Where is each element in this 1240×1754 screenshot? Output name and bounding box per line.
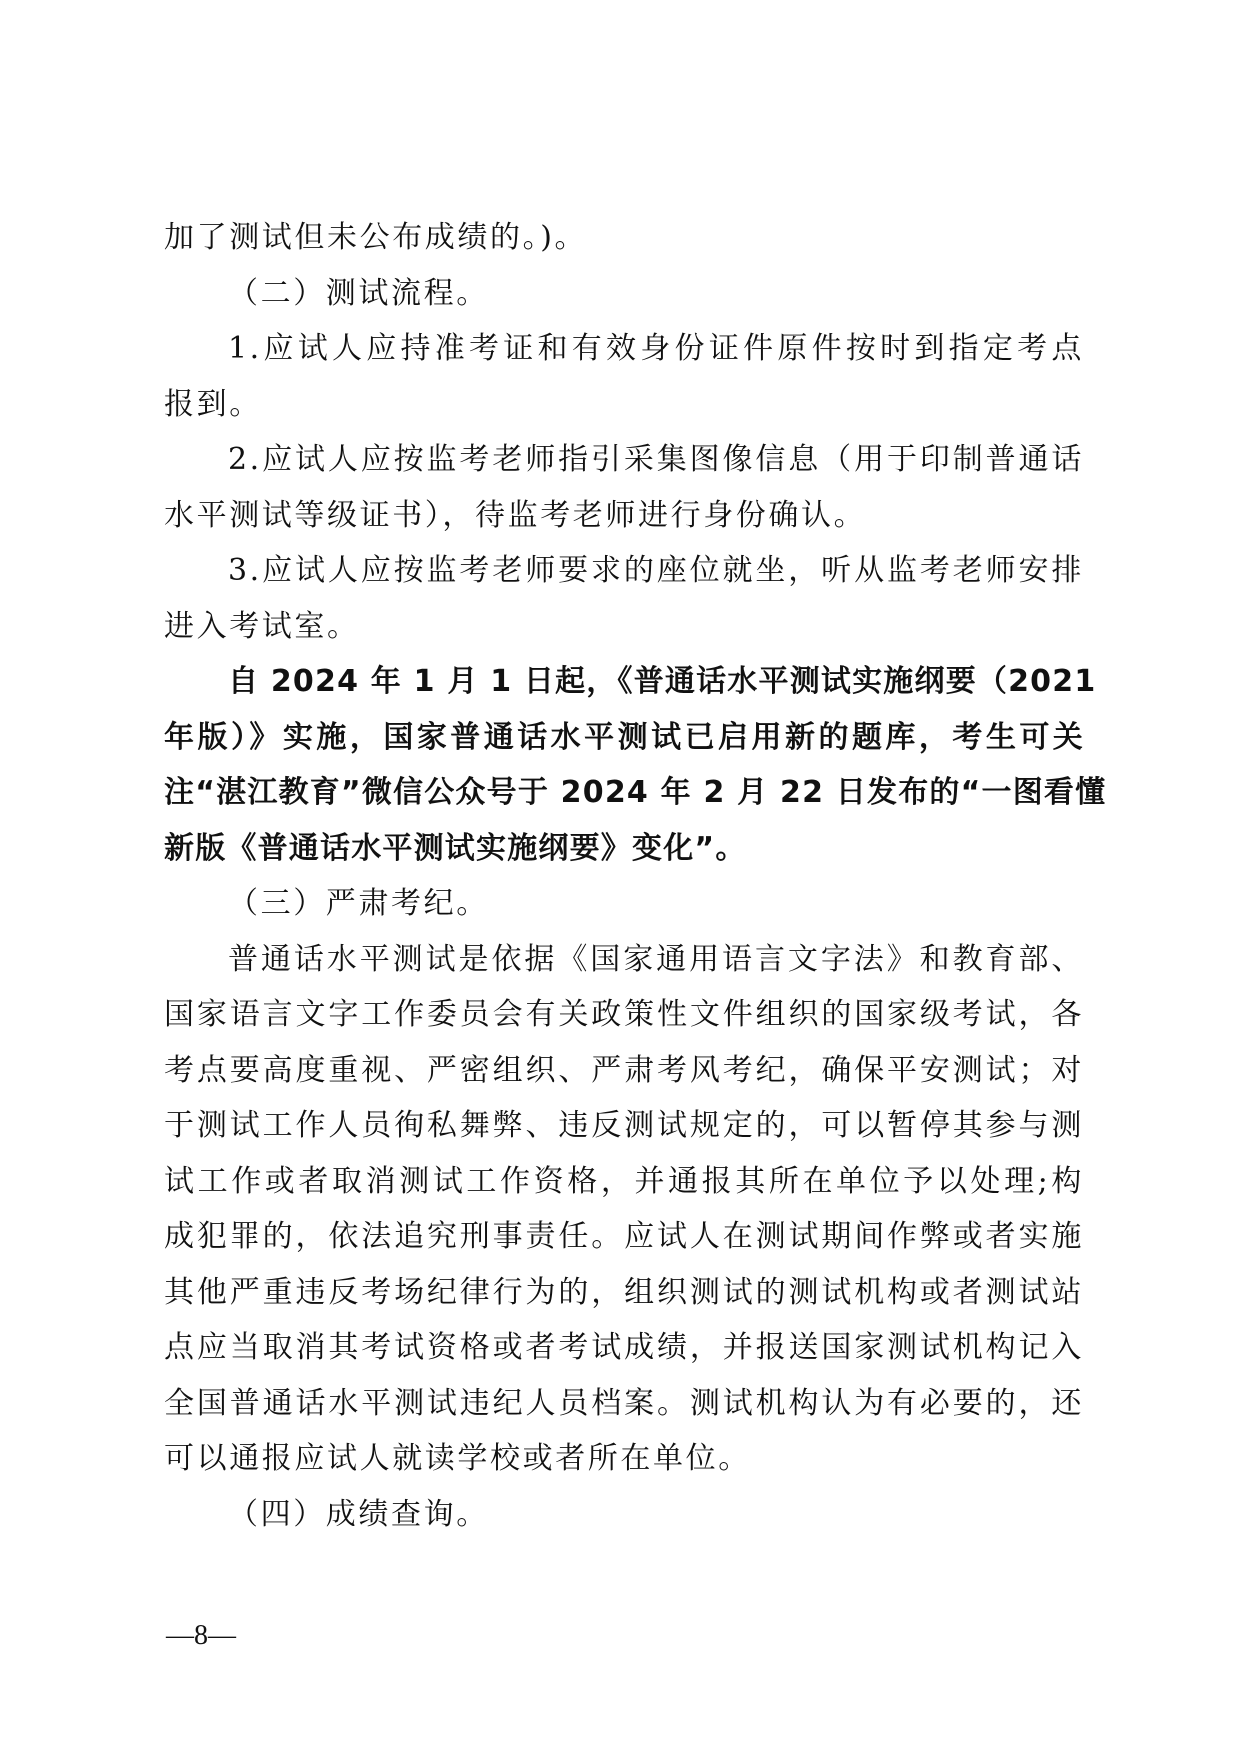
- notice-line: 新版《普通话水平测试实施纲要》变化”。: [164, 829, 1084, 869]
- body-line: 3.应试人应按监考老师要求的座位就坐，听从监考老师安排: [228, 551, 1084, 591]
- page-number: —8—: [166, 1618, 236, 1654]
- body-line: 成犯罪的，依法追究刑事责任。应试人在测试期间作弊或者实施: [164, 1217, 1084, 1257]
- body-line: 点应当取消其考试资格或者考试成绩，并报送国家测试机构记入: [164, 1328, 1084, 1368]
- body-line: 于测试工作人员徇私舞弊、违反测试规定的，可以暂停其参与测: [164, 1106, 1084, 1146]
- body-line: 国家语言文字工作委员会有关政策性文件组织的国家级考试，各: [164, 995, 1084, 1035]
- body-line: 试工作或者取消测试工作资格，并通报其所在单位予以处理;构: [164, 1162, 1084, 1202]
- body-line: 报到。: [164, 385, 1084, 425]
- section-heading-discipline: （三）严肃考纪。: [228, 884, 1084, 924]
- body-line: 全国普通话水平测试违纪人员档案。测试机构认为有必要的，还: [164, 1384, 1084, 1424]
- body-line: 2.应试人应按监考老师指引采集图像信息（用于印制普通话: [228, 440, 1084, 480]
- notice-line: 注“湛江教育”微信公众号于 2024 年 2 月 22 日发布的“一图看懂: [164, 773, 1084, 813]
- body-line: 普通话水平测试是依据《国家通用语言文字法》和教育部、: [228, 940, 1084, 980]
- notice-line: 自 2024 年 1 月 1 日起，《普通话水平测试实施纲要（2021: [228, 662, 1084, 702]
- notice-line: 年版）》实施，国家普通话水平测试已启用新的题库，考生可关: [164, 718, 1084, 758]
- body-line: 1.应试人应持准考证和有效身份证件原件按时到指定考点: [228, 329, 1084, 369]
- body-line: 进入考试室。: [164, 607, 1084, 647]
- section-heading-test-process: （二）测试流程。: [228, 274, 1084, 314]
- body-line: 其他严重违反考场纪律行为的，组织测试的测试机构或者测试站: [164, 1273, 1084, 1313]
- document-page: 加了测试但未公布成绩的。)。 （二）测试流程。 1.应试人应持准考证和有效身份证…: [0, 0, 1240, 1754]
- section-heading-score-query: （四）成绩查询。: [228, 1495, 1084, 1535]
- body-line: 水平测试等级证书），待监考老师进行身份确认。: [164, 496, 1084, 536]
- body-line: 加了测试但未公布成绩的。)。: [164, 218, 1084, 258]
- body-line: 考点要高度重视、严密组织、严肃考风考纪，确保平安测试；对: [164, 1051, 1084, 1091]
- body-line: 可以通报应试人就读学校或者所在单位。: [164, 1439, 1084, 1479]
